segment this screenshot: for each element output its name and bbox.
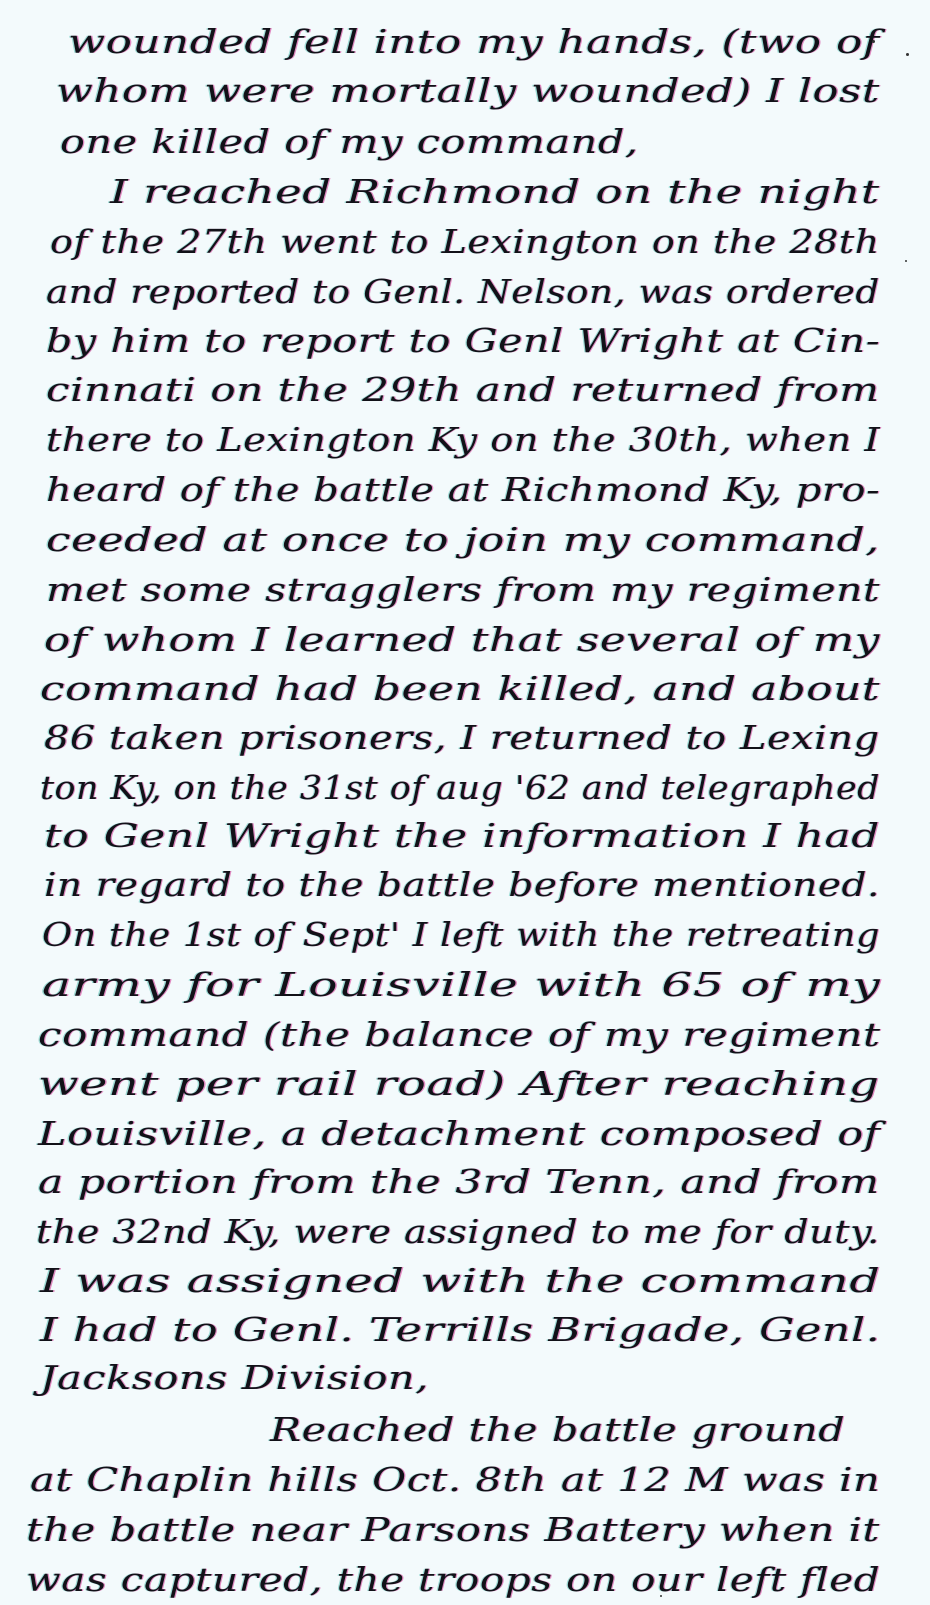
text-line-13: of whom I learned that several of my [44, 620, 880, 659]
text-line-31: the battle near Parsons Battery when it [26, 1510, 880, 1549]
text-line-27: I had to Genl. Terrills Brigade, Genl. [40, 1310, 881, 1349]
text-line-19: On the 1st of Sept' I left with the retr… [42, 915, 880, 954]
text-line-5: of the 27th went to Lexington on the 28t… [50, 222, 880, 261]
paper-speck [906, 53, 909, 56]
paper-speck [872, 40, 875, 43]
text-line-18: in regard to the battle before mentioned… [44, 865, 880, 904]
text-line-24: a portion from the 3rd Tenn, and from [38, 1162, 880, 1201]
text-line-7: by him to report to Genl Wright at Cin- [46, 321, 880, 360]
text-line-20: army for Louisville with 65 of my [42, 965, 880, 1004]
text-line-30: at Chaplin hills Oct. 8th at 12 M was in [30, 1460, 880, 1499]
paper-speck [660, 1595, 662, 1597]
text-line-29: Reached the battle ground [270, 1410, 845, 1449]
text-line-26: I was assigned with the command [40, 1261, 881, 1300]
letter-page: wounded fell into my hands, (two of whom… [0, 0, 930, 1605]
text-line-9: there to Lexington Ky on the 30th, when … [46, 420, 880, 459]
text-line-3: one killed of my command, [60, 122, 639, 161]
text-line-32: was captured, the troops on our left fle… [26, 1560, 880, 1599]
text-line-8: cinnati on the 29th and returned from [46, 370, 880, 409]
text-line-21: command (the balance of my regiment [38, 1015, 881, 1054]
text-line-12: met some stragglers from my regiment [46, 570, 880, 609]
text-line-25: the 32nd Ky, were assigned to me for dut… [36, 1212, 880, 1251]
text-line-14: command had been killed, and about [40, 669, 880, 708]
text-line-6: and reported to Genl. Nelson, was ordere… [46, 272, 880, 311]
text-line-1: wounded fell into my hands, (two of [68, 22, 880, 61]
text-line-28: Jacksons Division, [40, 1358, 429, 1397]
text-line-17: to Genl Wright the information I had [44, 816, 880, 855]
text-line-10: heard of the battle at Richmond Ky, pro- [46, 470, 880, 509]
text-line-2: whom were mortally wounded) I lost [56, 71, 880, 110]
text-line-22: went per rail road) After reaching [38, 1064, 880, 1103]
text-line-16: ton Ky, on the 31st of aug '62 and teleg… [40, 768, 880, 807]
text-line-15: 86 taken prisoners, I returned to Lexing [44, 718, 880, 757]
paper-speck [905, 260, 907, 262]
text-line-23: Louisville, a detachment composed of [38, 1114, 880, 1153]
text-line-11: ceeded at once to join my command, [46, 520, 880, 559]
text-line-4: I reached Richmond on the night [110, 172, 880, 211]
